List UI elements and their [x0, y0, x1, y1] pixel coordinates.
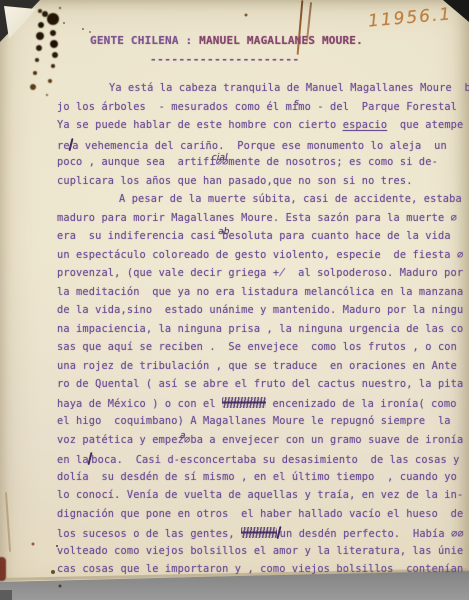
scribbled-out-word: [222, 397, 266, 408]
typed-line: sas que aquí se reciben . Se envejece co…: [57, 341, 457, 360]
typed-text: de la vida,sino estado unánime y manteni…: [57, 304, 463, 316]
typed-line: haya de México ) o con el encenizado de …: [57, 397, 457, 416]
typed-line: maduro para morir Magallanes Moure. Esta…: [57, 212, 457, 231]
typed-text: cuplicara los años que han pasado,que no…: [57, 175, 413, 187]
typed-line: provenzal, (que vale decir griega +̸ al …: [57, 267, 457, 286]
typed-text: poco , aunque sea artifi: [57, 156, 216, 168]
typed-line: ro de Quental ( así se abre el fruto del…: [57, 378, 457, 397]
typed-line: cuplicara los años que han pasado,que no…: [57, 175, 457, 194]
typed-line: la meditación que ya no era listadura me…: [57, 286, 457, 305]
typed-text: haya de México ) o con el: [57, 398, 222, 410]
typed-text: a vehemencia del cariño. Porque ese monu…: [72, 140, 447, 152]
typed-line: de la vida,sino estado unánime y manteni…: [57, 304, 457, 323]
handwritten-correction-text: ab: [218, 227, 230, 237]
typed-text: encenizado de la ironía( como: [266, 398, 456, 410]
handwritten-correction-text: cial: [212, 153, 228, 163]
typed-text: una rojez de tribulación , que se traduc…: [57, 360, 457, 372]
typed-line: Ya se puede hablar de este hombre con ci…: [57, 119, 457, 138]
typed-line: el higo coquimbano) A Magallanes Moure l…: [57, 415, 457, 434]
typed-line: lo conocí. Venía de vuelta de aquellas y…: [57, 489, 457, 508]
typed-line: los sucesos o de las gentes, un desdén p…: [57, 526, 457, 545]
typed-text: en la: [57, 454, 89, 466]
typed-text: era su indiferencia casi: [57, 230, 222, 242]
typed-line: era su indiferencia casi abbesoluta para…: [57, 230, 457, 249]
typed-text: mo - del Parque Forestal: [298, 101, 457, 113]
typed-line: un espectáculo coloreado de gesto violen…: [57, 249, 457, 268]
scanned-page: 11956.1 GENTE CHILENA : MANUEL MAGALLANE…: [0, 0, 469, 600]
typed-text: boca. Casi d-esconcertaba su desasimient…: [91, 454, 459, 466]
typed-text: un espectáculo coloreado de gesto violen…: [57, 249, 463, 261]
typed-lines: Ya está la cabeza tranquila de Manuel Ma…: [57, 82, 457, 582]
title-subject: MANUEL MAGALLANES MOURE.: [192, 34, 363, 47]
typed-text: dignación que pone en otros el haber hal…: [57, 508, 463, 520]
typed-line: cas cosas que le importaron y , como vie…: [57, 563, 457, 582]
typed-text: Ya se puede hablar de este hombre con ci…: [57, 119, 343, 131]
typed-text: los sucesos o de las gentes,: [57, 528, 241, 540]
typed-line: en laboca. Casi d-esconcertaba su desasi…: [57, 452, 457, 471]
handwritten-correction-text: s: [294, 98, 299, 108]
typed-line: na impaciencia, la ninguna prisa , la ni…: [57, 323, 457, 342]
typed-text: besoluta para cuanto hace de la vida: [222, 230, 451, 242]
typed-line: voz patética y empeza∅ba a envejecer con…: [57, 434, 457, 453]
document-title: GENTE CHILENA : MANUEL MAGALLANES MOURE.: [90, 34, 363, 47]
typed-text: Ya está la cabeza tranquila de Manuel Ma…: [109, 82, 469, 94]
typed-line: A pesar de la muerte súbita, casi de acc…: [57, 193, 457, 212]
typed-text: sas que aquí se reciben . Se envejece co…: [57, 341, 457, 353]
typed-text: la meditación que ya no era listadura me…: [57, 286, 463, 298]
typed-line: rea vehemencia del cariño. Porque ese mo…: [57, 138, 457, 157]
typed-text: A pesar de la muerte súbita, casi de acc…: [119, 193, 462, 205]
typed-text: que atempe: [387, 119, 463, 131]
typed-text: un desdén perfecto. Había ∅∅: [280, 528, 464, 540]
typed-text: jo los árboles - mesurados como él mi: [57, 101, 298, 113]
typed-text: ∅∅mente de nosotros; es como si de-: [216, 156, 438, 168]
typed-line: jo los árboles - mesurados como él mismo…: [57, 101, 457, 120]
typed-text: el higo coquimbano) A Magallanes Moure l…: [57, 415, 451, 427]
typed-text: dolía su desdén de sí mismo , en el últi…: [57, 471, 457, 483]
rust-specks: [0, 0, 6, 6]
typed-text: ro de Quental ( así se abre el fruto del…: [57, 378, 463, 390]
typed-text: ∅ba a envejecer con un gramo suave de ir…: [184, 434, 463, 446]
typed-text: voz patética y empez: [57, 434, 184, 446]
typed-line: dolía su desdén de sí mismo , en el últi…: [57, 471, 457, 490]
scan-background-corner: [0, 590, 12, 600]
typed-line: Ya está la cabeza tranquila de Manuel Ma…: [57, 82, 457, 101]
red-ink-mark: [0, 557, 6, 581]
handwritten-correction-text: a: [180, 431, 186, 441]
typed-text: na impaciencia, la ninguna prisa , la ni…: [57, 323, 463, 335]
typed-text: volteado como viejos bolsillos el amor y…: [57, 545, 463, 557]
typed-line: una rojez de tribulación , que se traduc…: [57, 360, 457, 379]
typed-line: dignación que pone en otros el haber hal…: [57, 508, 457, 527]
typed-line: poco , aunque sea artificial∅∅mente de n…: [57, 156, 457, 175]
title-underline-dashes: ---------------------: [150, 53, 300, 66]
typed-text: lo conocí. Venía de vuelta de aquellas y…: [57, 489, 463, 501]
title-series: GENTE CHILENA :: [90, 34, 192, 47]
typed-text: maduro para morir Magallanes Moure. Esta…: [57, 212, 457, 224]
typed-line: volteado como viejos bolsillos el amor y…: [57, 545, 457, 564]
typed-text: provenzal, (que vale decir griega +̸ al …: [57, 267, 463, 279]
typed-text: cas cosas que le importaron y , como vie…: [57, 563, 463, 575]
underlined-word: espacio: [343, 119, 387, 131]
scribbled-out-word: [241, 527, 277, 538]
